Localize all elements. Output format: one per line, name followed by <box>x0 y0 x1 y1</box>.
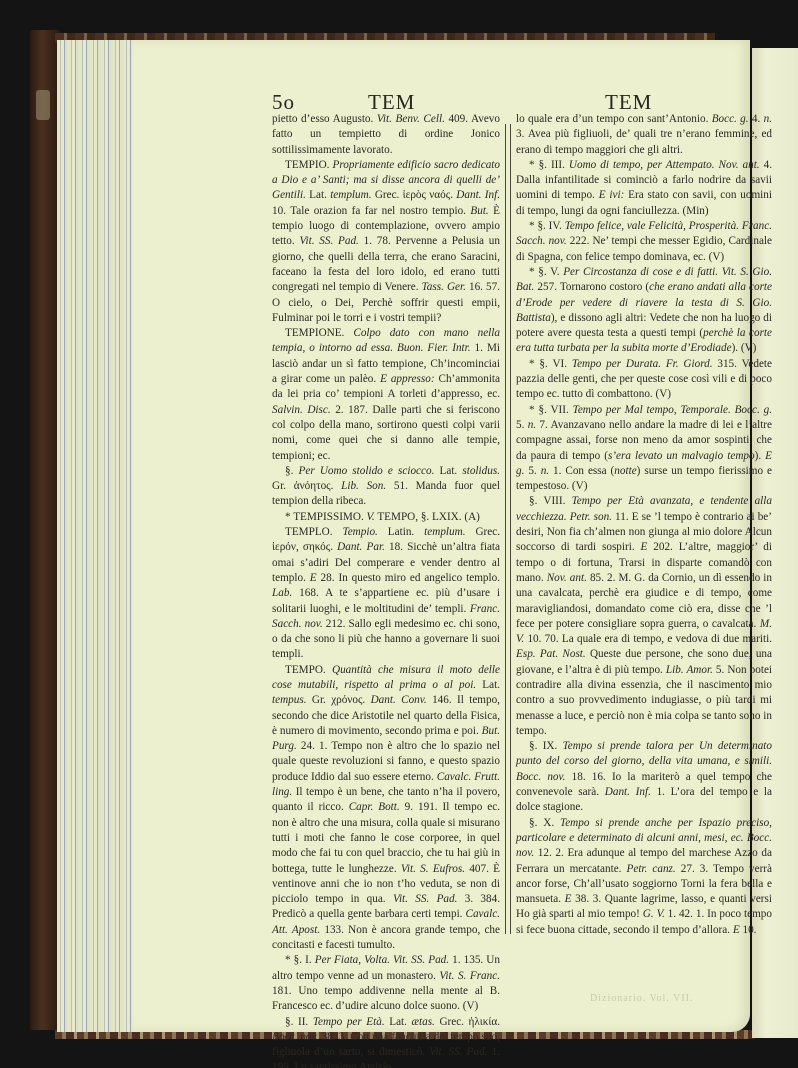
dictionary-entry: TEMPIONE. Colpo dato con mano nella temp… <box>272 326 500 464</box>
dictionary-entry: §. IX. Tempo si prende talora per Un det… <box>516 739 772 815</box>
dictionary-entry: TEMPIO. Propriamente edificio sacro dedi… <box>272 158 500 326</box>
dictionary-entry: * §. I. Per Fiata, Volta. Vit. SS. Pad. … <box>272 953 500 1014</box>
dictionary-entry: * §. III. Uomo di tempo, per Attempato. … <box>516 158 772 219</box>
dictionary-entry: * §. VII. Tempo per Mal tempo, Temporale… <box>516 403 772 495</box>
right-column: lo quale era d’un tempo con sant’Antonio… <box>516 112 772 938</box>
left-column: pietto d’esso Augusto. Vit. Benv. Cell. … <box>272 112 500 1068</box>
column-divider <box>505 124 511 934</box>
dictionary-entry: pietto d’esso Augusto. Vit. Benv. Cell. … <box>272 112 500 158</box>
dictionary-entry: * TEMPISSIMO. V. TEMPO, §. LXIX. (A) <box>272 510 500 525</box>
dictionary-entry: * §. VI. Tempo per Durata. Fr. Giord. 31… <box>516 357 772 403</box>
dictionary-entry: * §. IV. Tempo felice, vale Felicità, Pr… <box>516 219 772 265</box>
footer-signature: Dizionario. Vol. VII. <box>590 993 694 1004</box>
dictionary-entry: * §. V. Per Circostanza di cose e di fat… <box>516 265 772 357</box>
dictionary-entry: §. Per Uomo stolido e sciocco. Lat. stol… <box>272 464 500 510</box>
dictionary-entry: TEMPLO. Tempio. Latin. templum. Grec. ἱε… <box>272 525 500 663</box>
dictionary-entry: §. VIII. Tempo per Età avanzata, e tende… <box>516 494 772 739</box>
dictionary-entry: §. X. Tempo si prende anche per Ispazio … <box>516 816 772 938</box>
dictionary-entry: §. II. Tempo per Età. Lat. ætas. Grec. ἡ… <box>272 1015 500 1068</box>
dictionary-entry: TEMPO. Quantità che misura il moto delle… <box>272 663 500 954</box>
dictionary-entry: lo quale era d’un tempo con sant’Antonio… <box>516 112 772 158</box>
book-cover-spine <box>30 30 60 1030</box>
page-stack-edges <box>57 40 133 1032</box>
